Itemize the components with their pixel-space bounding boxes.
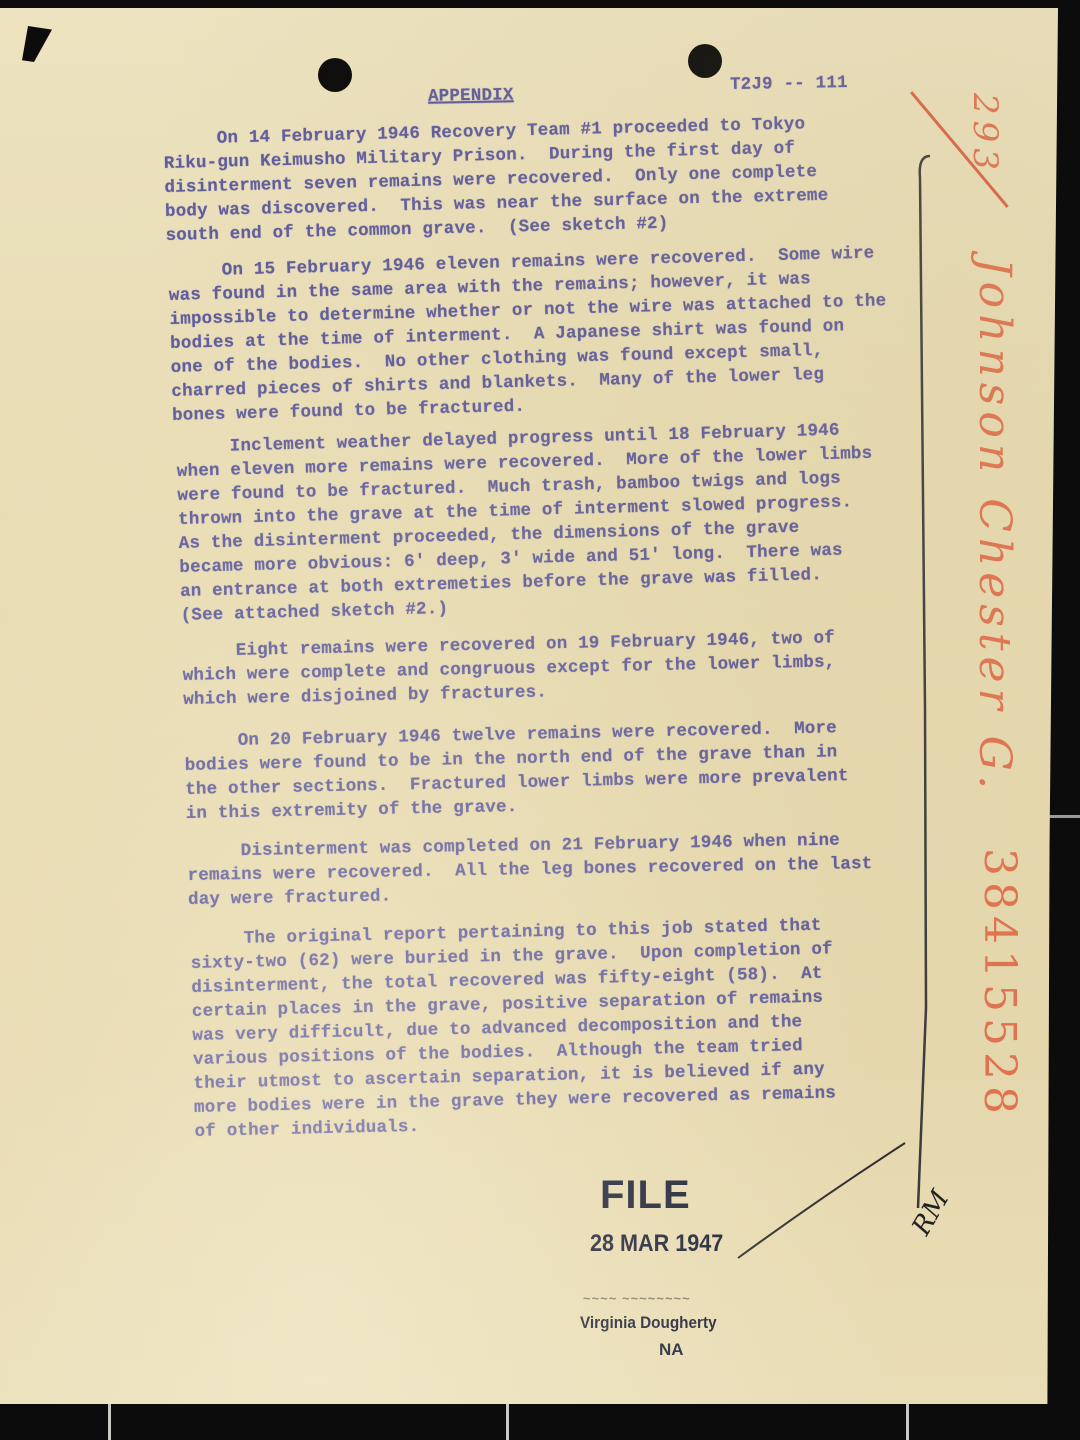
file-stamp-unit: NA [659,1340,684,1360]
file-stamp-date: 28 MAR 1947 [590,1230,723,1258]
wall-grout [108,1398,111,1440]
file-stamp-name: Virginia Dougherty [580,1313,717,1333]
file-stamp-smudge: ~~~~ ~~~~~~~~ [583,1291,691,1306]
document-page: APPENDIX T2J9 -- 111 On 14 February 1946… [0,8,1058,1404]
pencil-bracket-line [0,8,1058,1404]
wall-grout [506,1398,509,1440]
wall-grout [1048,815,1080,818]
file-stamp-label: FILE [600,1173,691,1218]
wall-grout [906,1398,909,1440]
